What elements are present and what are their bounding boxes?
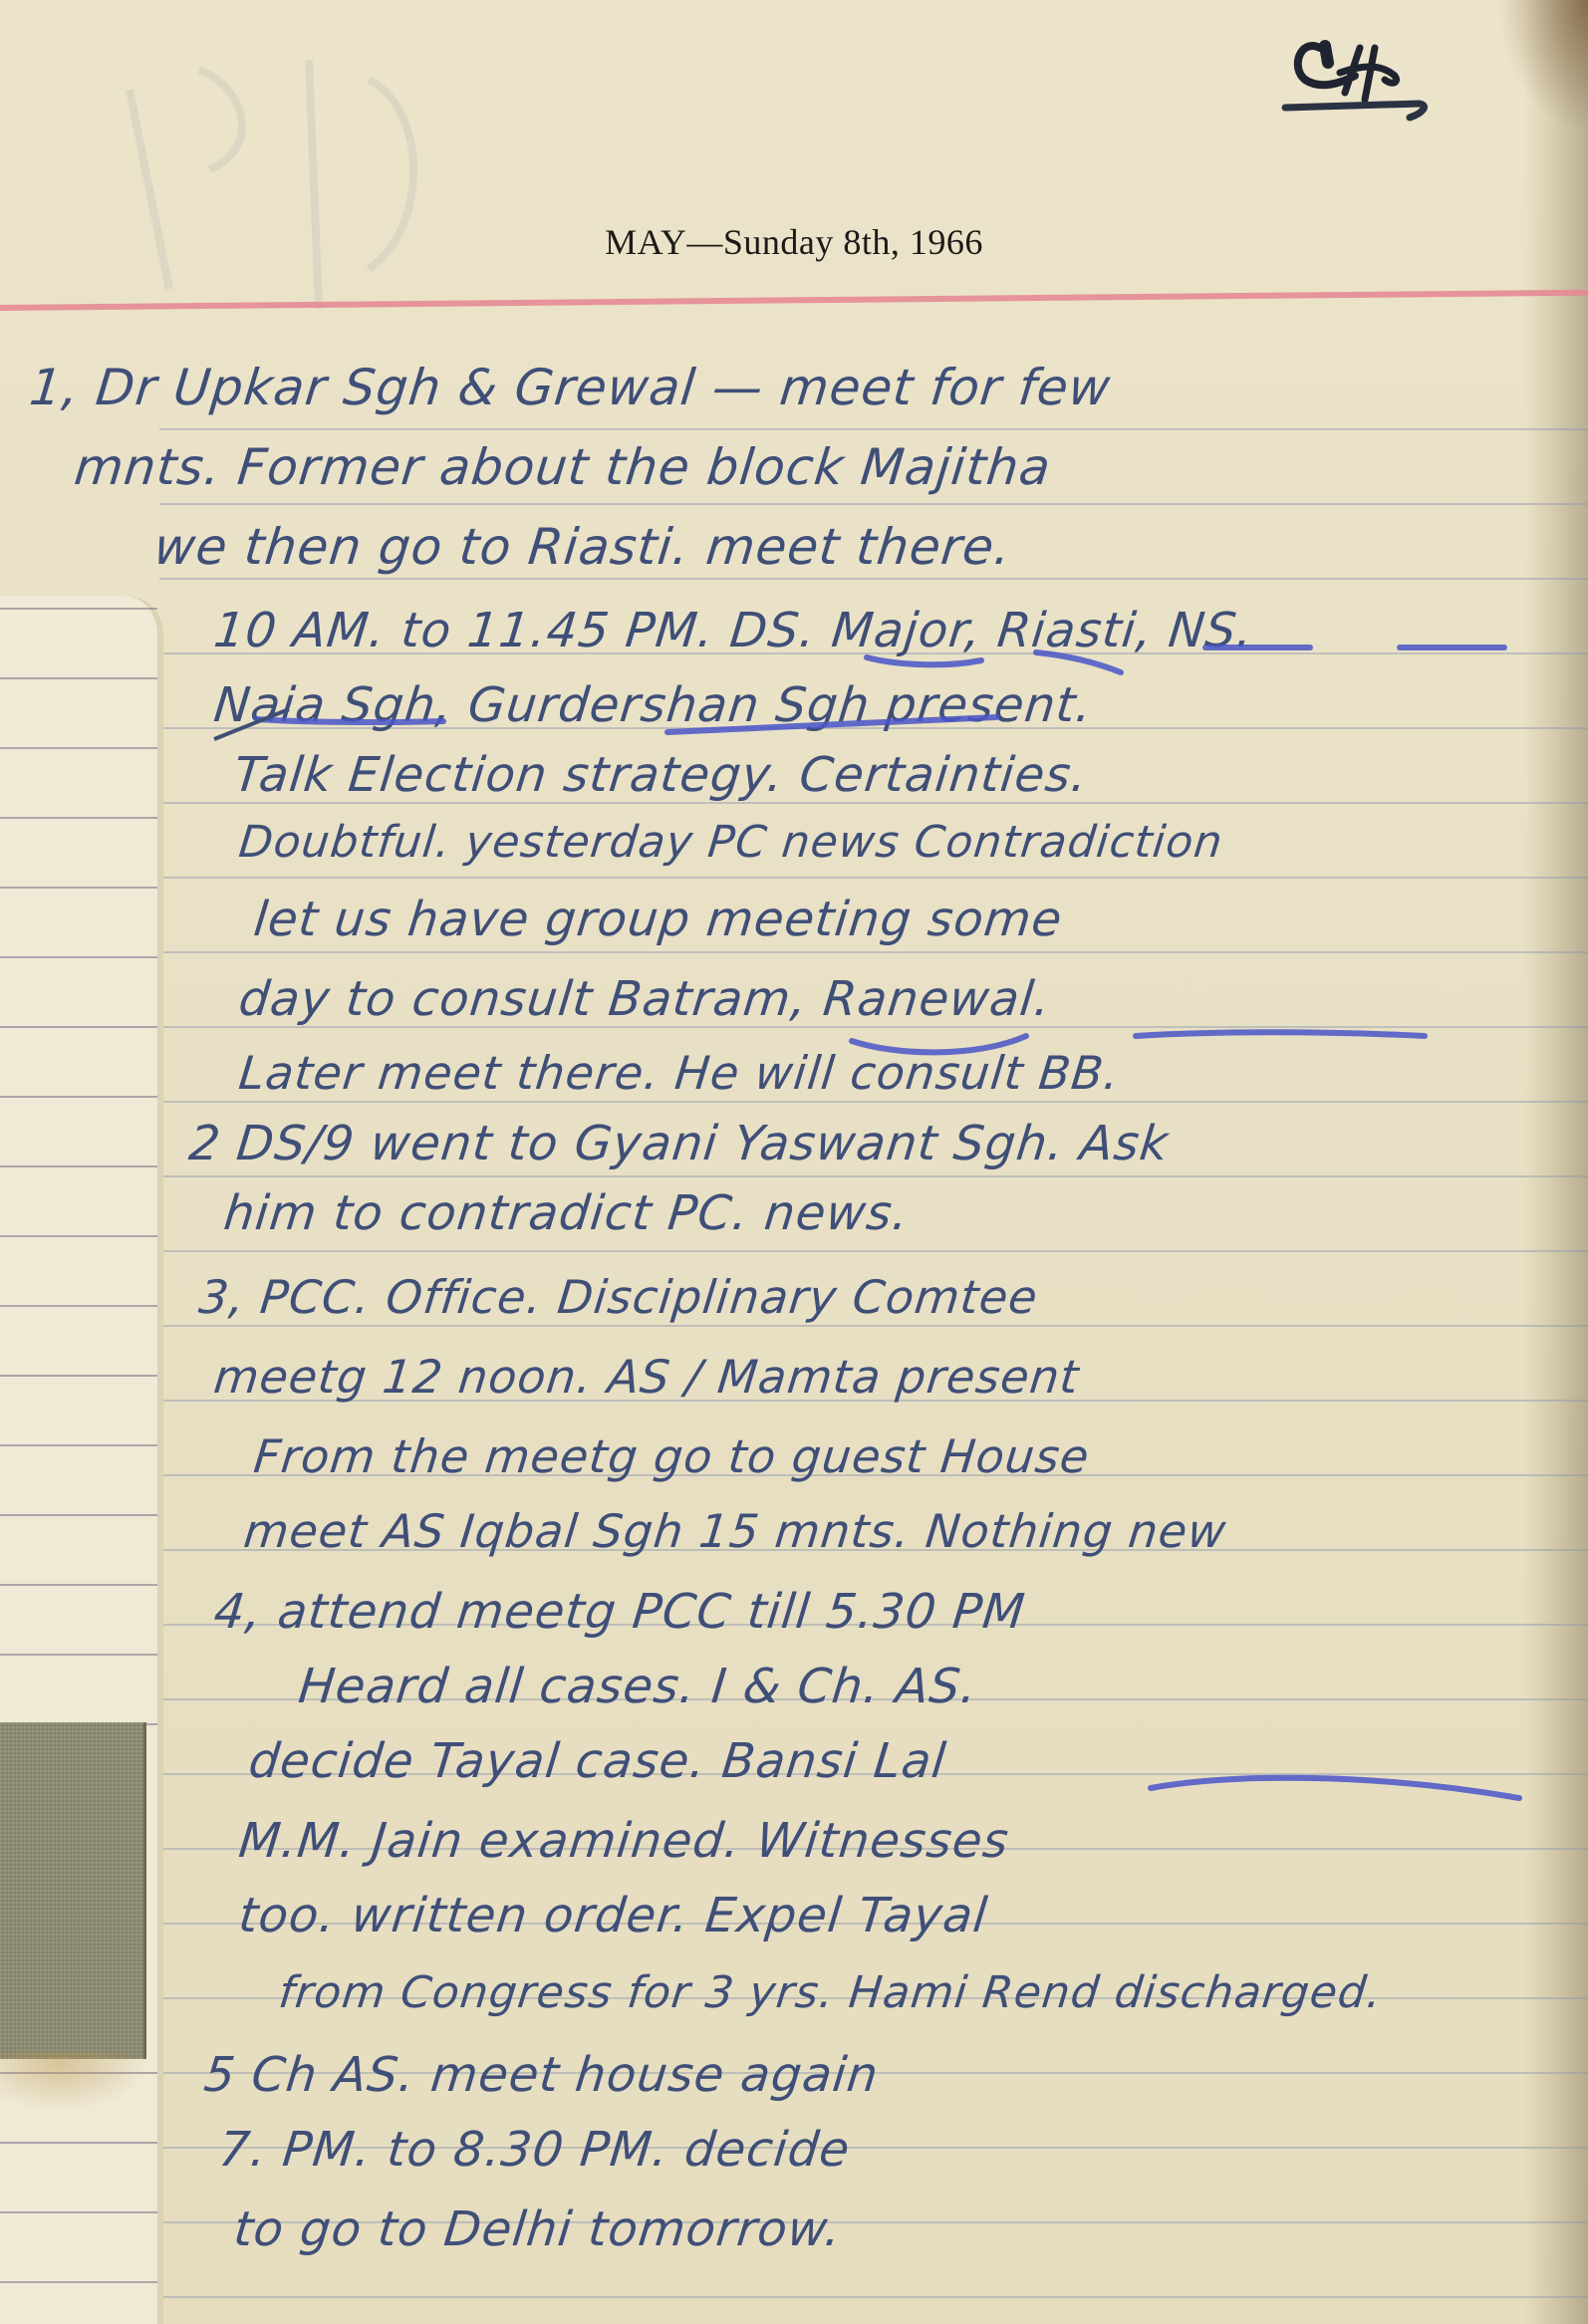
entry-line: too. written order. Expel Tayal: [236, 1888, 990, 1943]
ruled-line: [159, 578, 1588, 580]
entry-line: Talk Election strategy. Certainties.: [231, 747, 1090, 803]
entry-line: we then go to Riasti. meet there.: [151, 518, 1014, 576]
entry-line: 4, attend meetg PCC till 5.30 PM: [211, 1584, 1028, 1640]
tab-ruled-line: [0, 1444, 157, 1446]
date-header: MAY—Sunday 8th, 1966: [0, 221, 1588, 263]
tab-ruled-line: [0, 887, 157, 889]
tab-ruled-line: [0, 1096, 157, 1098]
tab-ruled-line: [0, 2211, 157, 2213]
tab-ruled-line: [0, 1305, 157, 1307]
header-separator: —: [686, 221, 723, 263]
header-month: MAY: [605, 221, 686, 263]
tab-ruled-line: [0, 1514, 157, 1516]
tab-ruled-line: [0, 1375, 157, 1377]
tab-ruled-line: [0, 677, 157, 679]
ruled-line: [159, 1325, 1588, 1327]
tab-ruled-line: [0, 608, 157, 610]
tab-ruled-line: [0, 956, 157, 958]
entry-line: let us have group meeting some: [251, 892, 1065, 947]
tab-ruled-line: [0, 1165, 157, 1167]
ruled-line: [159, 1175, 1588, 1177]
entry-line: him to contradict PC. news.: [221, 1185, 912, 1241]
ruled-line: [159, 1250, 1588, 1252]
entry-line: 3, PCC. Office. Disciplinary Comtee: [196, 1270, 1040, 1324]
entry-line: meetg 12 noon. AS / Mamta present: [211, 1350, 1082, 1404]
entry-line: Doubtful. yesterday PC news Contradictio…: [236, 817, 1225, 868]
ruled-line: [159, 951, 1588, 953]
entry-line: decide Tayal case. Bansi Lal: [246, 1733, 949, 1789]
entry-line: to go to Delhi tomorrow.: [231, 2201, 844, 2257]
tape-stain: [0, 2052, 149, 2112]
header-day: Sunday 8th, 1966: [723, 221, 983, 263]
entry-line: 7. PM. to 8.30 PM. decide: [216, 2122, 853, 2178]
ruled-line: [159, 2296, 1588, 2298]
ruled-line: [159, 1101, 1588, 1103]
entry-line: 5 Ch AS. meet house again: [201, 2047, 882, 2103]
entry-line: From the meetg go to guest House: [251, 1429, 1092, 1483]
tab-ruled-line: [0, 1584, 157, 1586]
entry-line: Naia Sgh, Gurdershan Sgh present.: [211, 677, 1095, 733]
tab-ruled-line: [0, 2142, 157, 2144]
bleed-through-ink: [110, 30, 528, 329]
ruled-line: [159, 503, 1588, 505]
tab-ruled-line: [0, 1235, 157, 1237]
tab-ruled-line: [0, 1026, 157, 1028]
entry-line: Later meet there. He will consult BB.: [236, 1046, 1122, 1100]
entry-line: 10 AM. to 11.45 PM. DS. Major, Riasti, N…: [211, 603, 1256, 658]
ruled-line: [159, 877, 1588, 879]
entry-line: mnts. Former about the block Majitha: [72, 438, 1054, 496]
corner-mark-initials: [1280, 18, 1430, 128]
entry-line: day to consult Batram, Ranewal.: [236, 971, 1053, 1027]
entry-line: from Congress for 3 yrs. Hami Rend disch…: [276, 1967, 1384, 2018]
tab-ruled-line: [0, 2281, 157, 2283]
entry-line: 1, Dr Upkar Sgh & Grewal — meet for few: [27, 359, 1114, 416]
binding-tape: [0, 1722, 146, 2059]
ruled-line: [159, 428, 1588, 430]
entry-line: M.M. Jain examined. Witnesses: [236, 1813, 1012, 1869]
tab-ruled-line: [0, 1654, 157, 1656]
entry-line: meet AS Iqbal Sgh 15 mnts. Nothing new: [241, 1504, 1229, 1558]
tab-ruled-line: [0, 817, 157, 819]
entry-line: Heard all cases. I & Ch. AS.: [296, 1659, 980, 1714]
tab-ruled-line: [0, 747, 157, 749]
entry-line: 2 DS/9 went to Gyani Yaswant Sgh. Ask: [186, 1116, 1172, 1171]
